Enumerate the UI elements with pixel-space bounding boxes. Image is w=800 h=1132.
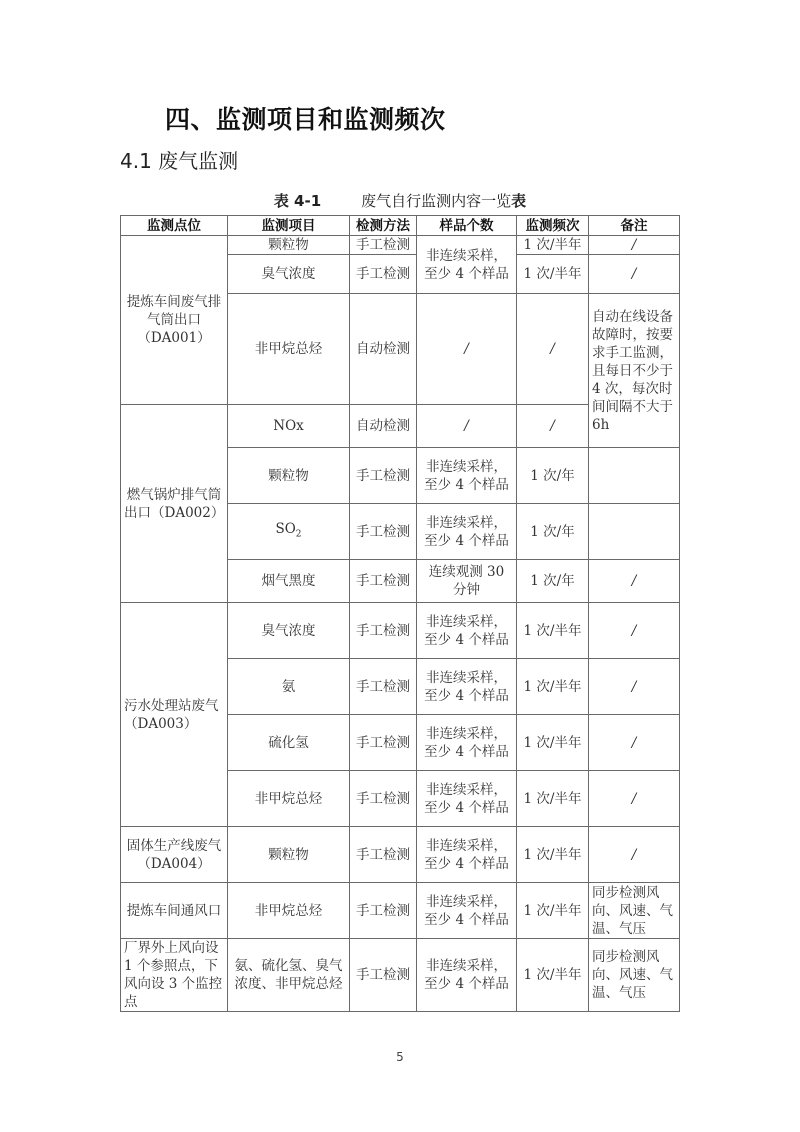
subsection-title: 4.1 废气监测 bbox=[120, 145, 238, 174]
method-cell: 手工检测 bbox=[350, 448, 417, 504]
samples-cell: / bbox=[417, 405, 517, 448]
item-cell: 颗粒物 bbox=[228, 236, 350, 255]
frequency-cell: 1 次/半年 bbox=[517, 827, 589, 883]
item-cell: 硫化氢 bbox=[228, 715, 350, 771]
note-cell: 同步检测风向、风速、气温、气压 bbox=[589, 939, 680, 1012]
location-cell: 固体生产线废气（DA004） bbox=[121, 827, 228, 883]
section-title: 四、监测项目和监测频次 bbox=[165, 100, 446, 136]
method-cell: 手工检测 bbox=[350, 771, 417, 827]
note-cell: / bbox=[589, 715, 680, 771]
method-cell: 手工检测 bbox=[350, 827, 417, 883]
method-cell: 自动检测 bbox=[350, 405, 417, 448]
note-cell: / bbox=[589, 560, 680, 603]
note-cell bbox=[589, 504, 680, 560]
table-caption-number: 表 4-1 bbox=[274, 192, 321, 210]
samples-cell: 非连续采样，至少 4 个样品 bbox=[417, 448, 517, 504]
samples-cell: 非连续采样，至少 4 个样品 bbox=[417, 827, 517, 883]
location-cell: 厂界外上风向设 1 个参照点，下风向设 3 个监控点 bbox=[121, 939, 228, 1012]
frequency-cell: / bbox=[517, 405, 589, 448]
samples-cell: 非连续采样，至少 4 个样品 bbox=[417, 715, 517, 771]
location-cell: 提炼车间废气排气筒出口（DA001） bbox=[121, 236, 228, 405]
note-cell: 自动在线设备故障时，按要求手工监测，且每日不少于 4 次，每次时间间隔不大于 6… bbox=[589, 294, 680, 448]
method-cell: 手工检测 bbox=[350, 883, 417, 939]
samples-cell: 非连续采样，至少 4 个样品 bbox=[417, 939, 517, 1012]
samples-cell: 非连续采样，至少 4 个样品 bbox=[417, 659, 517, 715]
method-cell: 手工检测 bbox=[350, 939, 417, 1012]
frequency-cell: 1 次/半年 bbox=[517, 771, 589, 827]
method-cell: 手工检测 bbox=[350, 560, 417, 603]
item-cell: 氨、硫化氢、臭气浓度、非甲烷总烃 bbox=[228, 939, 350, 1012]
table-row: 提炼车间通风口 非甲烷总烃 手工检测 非连续采样，至少 4 个样品 1 次/半年… bbox=[121, 883, 680, 939]
table-row: 厂界外上风向设 1 个参照点，下风向设 3 个监控点 氨、硫化氢、臭气浓度、非甲… bbox=[121, 939, 680, 1012]
table-caption-title: 废气自行监测内容一览 bbox=[361, 192, 511, 210]
note-cell: / bbox=[589, 255, 680, 294]
frequency-cell: 1 次/半年 bbox=[517, 715, 589, 771]
note-cell: / bbox=[589, 659, 680, 715]
item-cell: SO2 bbox=[228, 504, 350, 560]
frequency-cell: 1 次/半年 bbox=[517, 939, 589, 1012]
method-cell: 自动检测 bbox=[350, 294, 417, 405]
item-cell: 非甲烷总烃 bbox=[228, 294, 350, 405]
frequency-cell: 1 次/半年 bbox=[517, 255, 589, 294]
table-caption-suffix: 表 bbox=[511, 192, 526, 210]
samples-cell: 非连续采样，至少 4 个样品 bbox=[417, 771, 517, 827]
method-cell: 手工检测 bbox=[350, 236, 417, 255]
header-note: 备注 bbox=[589, 216, 680, 236]
note-cell: / bbox=[589, 603, 680, 659]
samples-cell: 非连续采样，至少 4 个样品 bbox=[417, 603, 517, 659]
method-cell: 手工检测 bbox=[350, 504, 417, 560]
item-cell: 非甲烷总烃 bbox=[228, 883, 350, 939]
header-frequency: 监测频次 bbox=[517, 216, 589, 236]
item-cell: 非甲烷总烃 bbox=[228, 771, 350, 827]
page-number: 5 bbox=[0, 1050, 800, 1064]
item-cell: 烟气黑度 bbox=[228, 560, 350, 603]
samples-cell: / bbox=[417, 294, 517, 405]
item-cell: 颗粒物 bbox=[228, 827, 350, 883]
header-item: 监测项目 bbox=[228, 216, 350, 236]
frequency-cell: 1 次/年 bbox=[517, 560, 589, 603]
table-caption: 表 4-1废气自行监测内容一览表 bbox=[0, 190, 800, 211]
header-samples: 样品个数 bbox=[417, 216, 517, 236]
item-subscript: 2 bbox=[296, 529, 302, 539]
samples-cell: 非连续采样，至少 4 个样品 bbox=[417, 236, 517, 294]
frequency-cell: 1 次/年 bbox=[517, 504, 589, 560]
table-row: 提炼车间废气排气筒出口（DA001） 颗粒物 手工检测 非连续采样，至少 4 个… bbox=[121, 236, 680, 255]
item-cell: 臭气浓度 bbox=[228, 603, 350, 659]
samples-cell: 非连续采样，至少 4 个样品 bbox=[417, 504, 517, 560]
note-cell: 同步检测风向、风速、气温、气压 bbox=[589, 883, 680, 939]
table-row: 固体生产线废气（DA004） 颗粒物 手工检测 非连续采样，至少 4 个样品 1… bbox=[121, 827, 680, 883]
note-cell: / bbox=[589, 827, 680, 883]
samples-cell: 连续观测 30 分钟 bbox=[417, 560, 517, 603]
header-location: 监测点位 bbox=[121, 216, 228, 236]
frequency-cell: 1 次/半年 bbox=[517, 236, 589, 255]
method-cell: 手工检测 bbox=[350, 659, 417, 715]
note-cell: / bbox=[589, 236, 680, 255]
item-text: SO bbox=[275, 521, 295, 537]
frequency-cell: 1 次/年 bbox=[517, 448, 589, 504]
frequency-cell: 1 次/半年 bbox=[517, 883, 589, 939]
frequency-cell: 1 次/半年 bbox=[517, 603, 589, 659]
frequency-cell: 1 次/半年 bbox=[517, 659, 589, 715]
frequency-cell: / bbox=[517, 294, 589, 405]
item-cell: NOx bbox=[228, 405, 350, 448]
location-cell: 污水处理站废气（DA003） bbox=[121, 603, 228, 827]
method-cell: 手工检测 bbox=[350, 255, 417, 294]
table-row: 污水处理站废气（DA003） 臭气浓度 手工检测 非连续采样，至少 4 个样品 … bbox=[121, 603, 680, 659]
note-cell: / bbox=[589, 771, 680, 827]
location-cell: 燃气锅炉排气筒出口（DA002） bbox=[121, 405, 228, 603]
samples-cell: 非连续采样，至少 4 个样品 bbox=[417, 883, 517, 939]
header-method: 检测方法 bbox=[350, 216, 417, 236]
item-cell: 臭气浓度 bbox=[228, 255, 350, 294]
table-header-row: 监测点位 监测项目 检测方法 样品个数 监测频次 备注 bbox=[121, 216, 680, 236]
item-cell: 氨 bbox=[228, 659, 350, 715]
method-cell: 手工检测 bbox=[350, 603, 417, 659]
note-cell bbox=[589, 448, 680, 504]
location-cell: 提炼车间通风口 bbox=[121, 883, 228, 939]
monitoring-table: 监测点位 监测项目 检测方法 样品个数 监测频次 备注 提炼车间废气排气筒出口（… bbox=[120, 215, 680, 1012]
item-cell: 颗粒物 bbox=[228, 448, 350, 504]
method-cell: 手工检测 bbox=[350, 715, 417, 771]
